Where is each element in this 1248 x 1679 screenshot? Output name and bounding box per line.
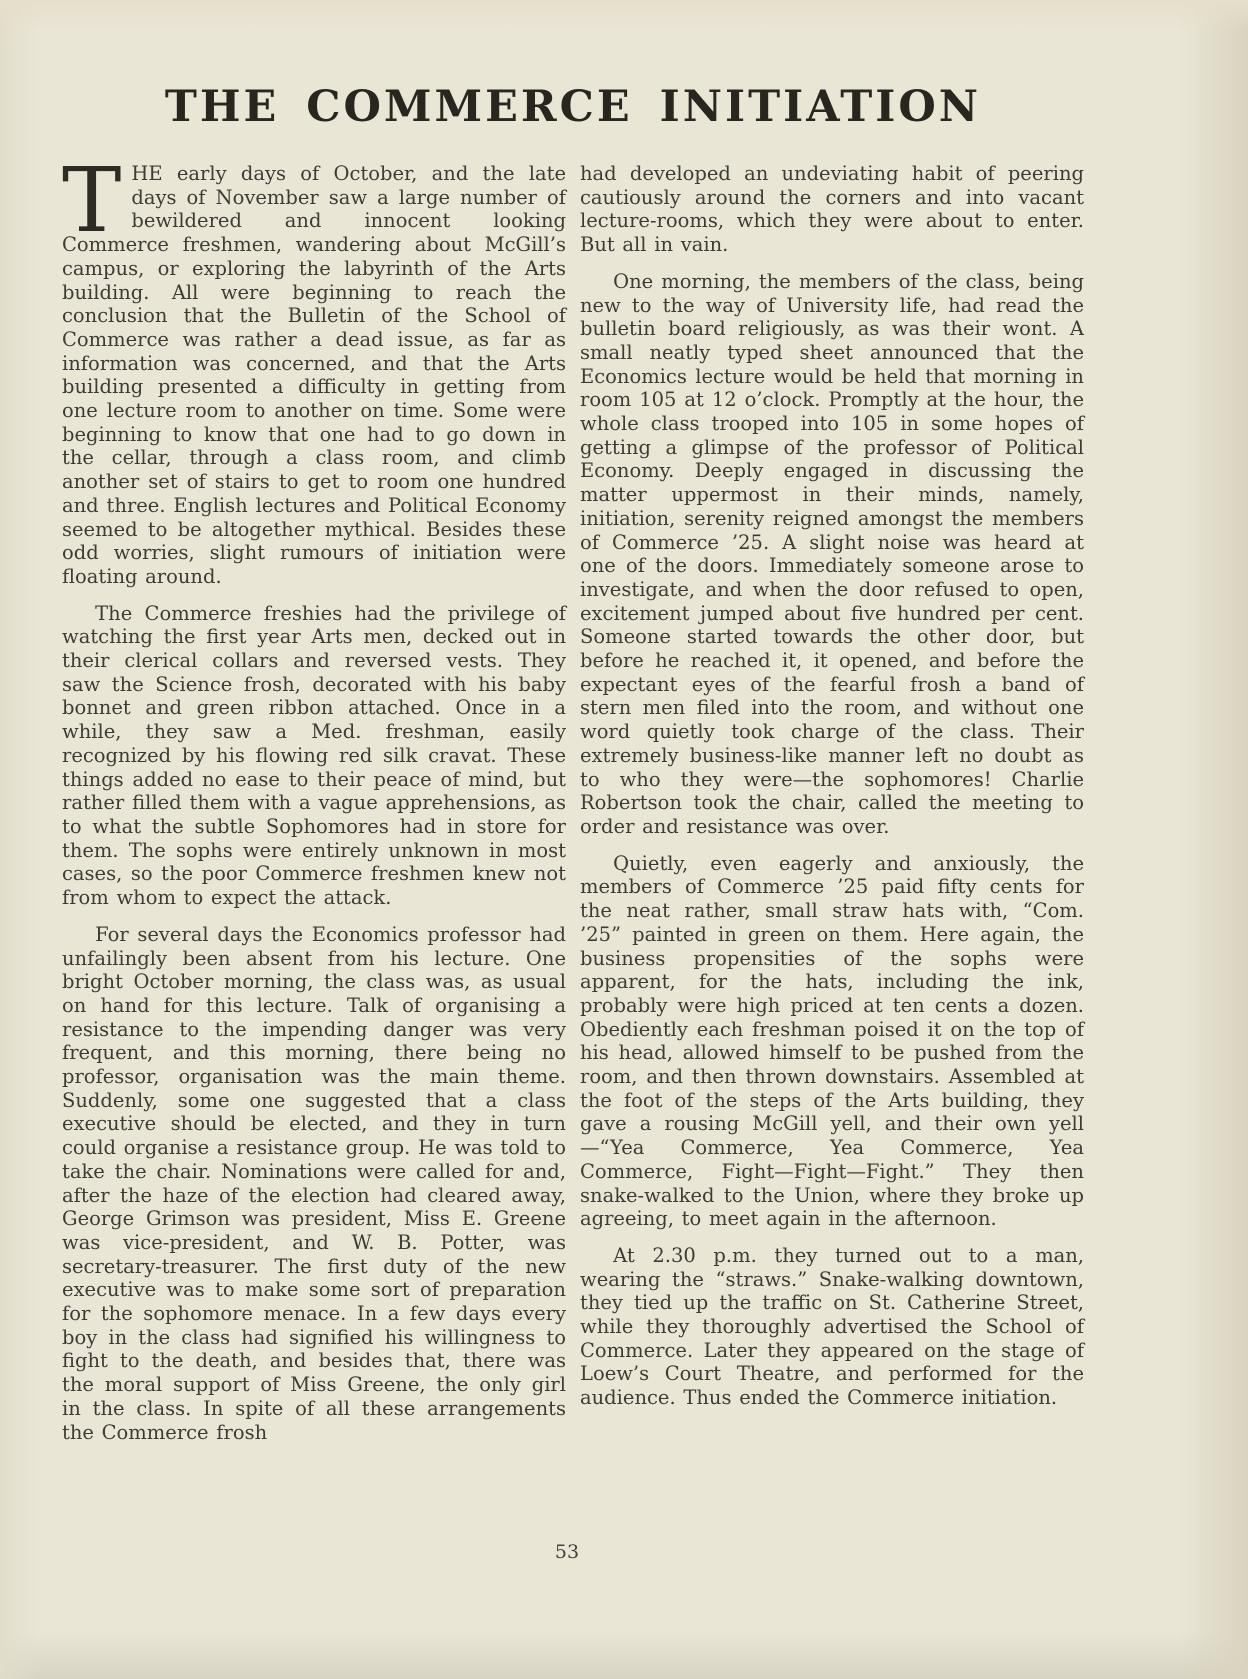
left-column: THE early days of October, and the late …	[62, 162, 566, 1457]
paragraph: For several days the Economics professor…	[62, 923, 566, 1444]
page-number: 53	[62, 1541, 1072, 1563]
page-scan: THE COMMERCE INITIATION THE early days o…	[0, 0, 1248, 1679]
paragraph: The Commerce freshies had the privilege …	[62, 602, 566, 910]
paragraph: THE early days of October, and the late …	[62, 162, 566, 589]
article: THE COMMERCE INITIATION THE early days o…	[62, 82, 1084, 1457]
paragraph: At 2.30 p.m. they turned out to a man, w…	[580, 1244, 1084, 1410]
paragraph-text: HE early days of October, and the late d…	[62, 162, 566, 588]
two-column-text: THE early days of October, and the late …	[62, 162, 1084, 1457]
right-column: had developed an undeviating habit of pe…	[580, 162, 1084, 1457]
drop-cap: T	[62, 162, 131, 233]
paragraph: had developed an undeviating habit of pe…	[580, 162, 1084, 257]
paragraph: One morning, the members of the class, b…	[580, 270, 1084, 839]
paragraph: Quietly, even eagerly and anxiously, the…	[580, 852, 1084, 1231]
page-title: THE COMMERCE INITIATION	[62, 82, 1084, 132]
